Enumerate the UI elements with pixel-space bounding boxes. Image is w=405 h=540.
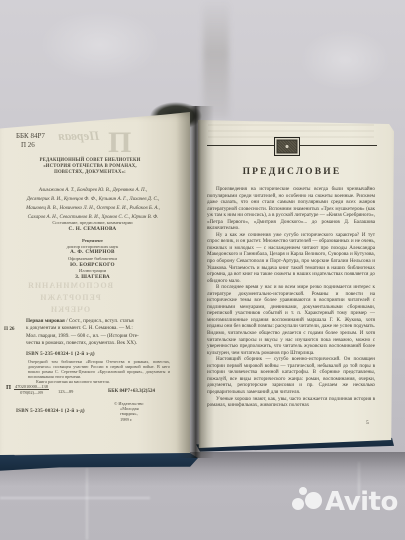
catalog-line: к документам и коммент. С. Н. Семанова. … bbox=[26, 325, 178, 332]
illustrations-block: Иллюстрации З. ШАГЕЕВА bbox=[20, 268, 165, 280]
show-through-subtitles: ВОСПОМИНАНИЯ РЕПОРТАЖИ ОЧЕРКИ bbox=[20, 280, 120, 316]
preface-paragraph: Ученые хорошо знают, как, увы, часто иск… bbox=[207, 396, 375, 409]
wall-highlight bbox=[40, 10, 160, 80]
editorial-board-members: Алимжанов А. Т., Бондарев Ю. В., Деревян… bbox=[4, 186, 182, 222]
editorial-header-line: ПОВЕСТЯХ, ДОКУМЕНТАХ»: bbox=[25, 170, 155, 176]
preface-body: Произведения на исторические сюжеты всег… bbox=[207, 186, 375, 422]
show-through-line: РЕПОРТАЖИ bbox=[20, 292, 120, 304]
left-page: ББК 84Р7 П 26 Первая П ВОСПОМИНАНИЯ РЕПО… bbox=[0, 112, 190, 455]
isbn-bottom: ISBN 5-235-00324-1 (2-й з-д) bbox=[16, 408, 85, 414]
isbn-line: ISBN 5-235-00324-1 (2-й з-д) bbox=[26, 351, 95, 357]
members-line: Машовец В. В., Новиченко Л. Н., Осетров … bbox=[4, 204, 182, 213]
bbk-index: П 26 bbox=[16, 141, 45, 150]
avito-watermark-label: Avito bbox=[325, 487, 398, 517]
avito-logo-circle bbox=[305, 492, 322, 509]
series-mark: П bbox=[6, 384, 11, 391]
wall-seam bbox=[0, 497, 150, 499]
catalog-card-index: П 26 bbox=[4, 326, 15, 333]
copyright-line: 1989 г. bbox=[114, 417, 144, 422]
page-number: 5 bbox=[366, 420, 369, 426]
compiler-block: Составление, предисловие, комментарии С.… bbox=[20, 220, 165, 232]
preface-paragraph: Ну а как же сочинения уже сугубо историч… bbox=[207, 232, 375, 284]
right-page: ПРЕДИСЛОВИЕ Произведения на исторические… bbox=[198, 114, 394, 448]
order-suffix: 123—89 bbox=[58, 389, 73, 394]
reviewer-block: Рецензент доктор исторических наук А. Ф.… bbox=[20, 238, 165, 255]
avito-logo-circle bbox=[299, 487, 307, 495]
avito-watermark: Avito bbox=[292, 486, 398, 518]
catalog-title: Первая мировая bbox=[26, 318, 65, 324]
catalog-line: чества в романах, повестях, документах. … bbox=[26, 340, 178, 347]
chapter-ornament-vignette bbox=[274, 137, 300, 156]
members-line: Алимжанов А. Т., Бондарев Ю. В., Деревян… bbox=[4, 186, 182, 195]
members-line: Десятерик В. И., Кузнецов Ф. Ф., Кузьмин… bbox=[4, 195, 182, 204]
show-through-line: ВОСПОМИНАНИЯ bbox=[20, 280, 120, 292]
wall-stain bbox=[203, 0, 229, 118]
show-through-line: ОЧЕРКИ bbox=[20, 304, 120, 316]
preface-paragraph: Произведения на исторические сюжеты всег… bbox=[207, 186, 375, 232]
book-gutter bbox=[176, 106, 214, 458]
editorial-board-header: РЕДАКЦИОННЫЙ СОВЕТ БИБЛИОТЕКИ «ИСТОРИЯ О… bbox=[25, 158, 155, 176]
design-block: Оформление библиотеки Ю. БОЯРСКОГО bbox=[20, 256, 165, 268]
annotation-note: Книга рассчитана на массового читателя. bbox=[28, 379, 170, 384]
avito-logo-icon bbox=[292, 486, 323, 518]
wall-highlight bbox=[300, 30, 390, 90]
copyright-block: © Издательство «Молодая гвардия», 1989 г… bbox=[114, 401, 144, 422]
bbk-full: ББК 84Р7+63.3(2)524 bbox=[108, 389, 155, 394]
show-through-letter: П bbox=[108, 126, 131, 160]
bbk-code: ББК 84Р7 bbox=[16, 132, 45, 141]
avito-logo-circle bbox=[292, 498, 304, 510]
catalog-line: Первая мировая / Сост., предисл., вступ.… bbox=[26, 318, 178, 325]
order-denominator: 078(02)—89 bbox=[20, 390, 43, 395]
preface-paragraph: Настоящий сборник — сугубо военно-истори… bbox=[207, 356, 375, 395]
bbk-code-block: ББК 84Р7 П 26 bbox=[16, 132, 45, 150]
catalog-card: Первая мировая / Сост., предисл., вступ.… bbox=[26, 318, 178, 348]
annotation-text: Очередной том библиотеки «История Отечес… bbox=[28, 359, 170, 379]
show-through-title: Первая bbox=[58, 128, 99, 144]
illustrations-name: З. ШАГЕЕВА bbox=[20, 274, 165, 280]
order-formula: 4702010000—138 078(02)—89 bbox=[14, 384, 49, 395]
preface-heading: ПРЕДИСЛОВИЕ bbox=[198, 167, 386, 177]
annotation: Очередной том библиотеки «История Отечес… bbox=[28, 359, 170, 384]
product-photo: ББК 84Р7 П 26 Первая П ВОСПОМИНАНИЯ РЕПО… bbox=[0, 0, 405, 540]
preface-paragraph: В последнее время у нас и во всем мире р… bbox=[207, 284, 375, 356]
catalog-line-rest: / Сост., предисл., вступ. статья bbox=[65, 318, 134, 324]
reviewer-name: А. Ф. СМИРНОВ bbox=[20, 249, 165, 255]
design-name: Ю. БОЯРСКОГО bbox=[20, 262, 165, 268]
compiler-name: С. Н. СЕМАНОВА bbox=[20, 226, 165, 232]
